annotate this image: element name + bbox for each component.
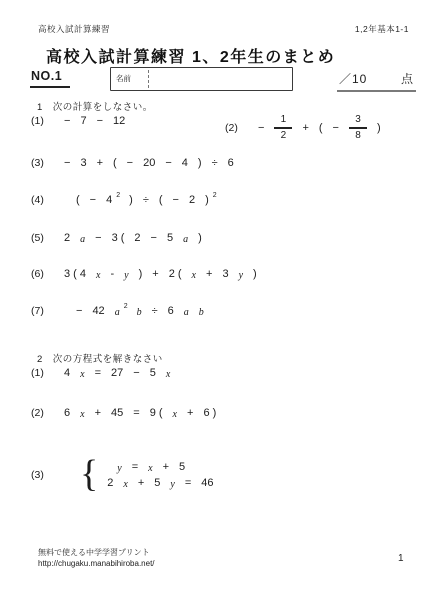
page-title: 高校入試計算練習 1、2年生のまとめ [46, 44, 335, 67]
score-denominator: ／10 [339, 70, 367, 87]
score-unit: 点 [401, 70, 414, 87]
system-equation-2: 2x+5y=46 [107, 477, 223, 489]
problem-row: (3) −3+(−20−4)÷6 [31, 157, 244, 169]
header-doc-code: 1,2年基本1-1 [355, 23, 409, 35]
problem-number: (3) [31, 469, 55, 481]
footer-credit: 無料で使える中学学習プリント http://chugaku.manabihiro… [38, 547, 155, 569]
problem-row: (6) 3 ( 4x-y)+2 (x+3y) [31, 268, 267, 280]
problem-number: (1) [31, 115, 55, 127]
problem-expression: −12+(−38) [258, 113, 391, 142]
sheet-number: NO.1 [30, 69, 70, 88]
name-field-box[interactable]: 名前 [110, 67, 293, 91]
problem-number: (6) [31, 268, 55, 280]
score-field: ／10 点 [337, 70, 416, 92]
page-number: 1 [398, 553, 404, 564]
header-doc-title: 高校入試計算練習 [38, 23, 110, 35]
problem-expression: 6x+45=9 (x+6 ) [64, 407, 226, 419]
name-box-divider [148, 70, 149, 88]
problem-row: (7) −42a2b÷6ab [31, 305, 214, 317]
problem-expression: 3 ( 4x-y)+2 (x+3y) [64, 268, 267, 280]
problem-number: (7) [31, 305, 55, 317]
problem-number: (1) [31, 367, 55, 379]
system-equation-1: y=x+5 [117, 461, 223, 473]
problem-expression: −3+(−20−4)÷6 [64, 157, 244, 169]
problem-number: (5) [31, 232, 55, 244]
name-label: 名前 [111, 68, 148, 90]
problem-row: (2) 6x+45=9 (x+6 ) [31, 407, 226, 419]
equation-system: y=x+5 2x+5y=46 [107, 461, 223, 489]
section2-heading: 2 次の方程式を解きなさい [37, 351, 163, 365]
problem-number: (2) [31, 407, 55, 419]
problem-row: (4) (−42)÷(−2)2 [31, 194, 226, 206]
problem-row: (5) 2a−3 (2−5a) [31, 232, 212, 244]
problem-number: (4) [31, 194, 55, 206]
problem-expression: 2a−3 (2−5a) [64, 232, 212, 244]
footer-site-name: 無料で使える中学学習プリント [38, 547, 155, 558]
worksheet-page: 高校入試計算練習 1,2年基本1-1 高校入試計算練習 1、2年生のまとめ NO… [0, 0, 424, 600]
problem-number: (2) [225, 122, 249, 134]
problem-row: (2) −12+(−38) [225, 111, 391, 145]
problem-expression: −7−12 [64, 115, 135, 127]
system-brace: { [80, 457, 98, 491]
footer-site-url: http://chugaku.manabihiroba.net/ [38, 558, 155, 569]
problem-row: (3) { y=x+5 2x+5y=46 [31, 458, 224, 492]
problem-row: (1) −7−12 [31, 115, 135, 127]
problem-row: (1) 4x=27−5x [31, 367, 180, 379]
problem-expression: −42a2b÷6ab [76, 305, 214, 317]
problem-expression: (−42)÷(−2)2 [76, 194, 226, 206]
section1-heading: 1 次の計算をしなさい。 [37, 99, 153, 113]
problem-number: (3) [31, 157, 55, 169]
problem-expression: 4x=27−5x [64, 367, 180, 379]
